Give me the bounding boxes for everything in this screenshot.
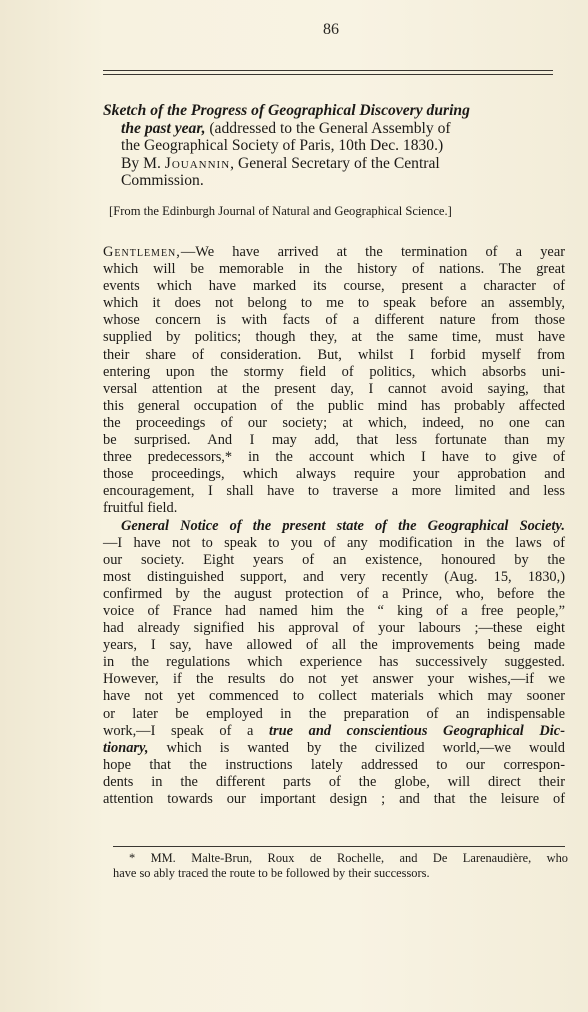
body-line: —I have not to speak to you of any modif… [103, 535, 565, 552]
body-line: supplied by politics; though they, at th… [103, 329, 565, 346]
footnote-line: * MM. Malte-Brun, Roux de Rochelle, and … [113, 851, 568, 866]
rule-line-top [103, 70, 553, 71]
body-line: fruitful field. [103, 500, 565, 517]
body-line: encouragement, I shall have to traverse … [103, 483, 565, 500]
footnote: * MM. Malte-Brun, Roux de Rochelle, and … [113, 851, 568, 881]
body-line: which it does not belong to me to speak … [103, 295, 565, 312]
body-line: However, if the results do not yet answe… [103, 671, 565, 688]
title-italic-1: Sketch of the Progress of Geographical D… [103, 102, 470, 119]
article-title: Sketch of the Progress of Geographical D… [103, 102, 565, 190]
source-note: [From the Edinburgh Journal of Natural a… [109, 204, 569, 219]
body-line: which will be memorable in the history o… [103, 261, 565, 278]
title-line-4: By M. Jouannin, General Secretary of the… [103, 155, 565, 173]
page-number: 86 [103, 21, 559, 39]
title-italic-2: the past year, [121, 120, 205, 137]
body-line: events which have marked its course, pre… [103, 278, 565, 295]
body-line: whose concern is with facts of a differe… [103, 312, 565, 329]
body-text-span: which is wanted by the civilized world,—… [148, 740, 565, 756]
body-line: most distinguished support, and very rec… [103, 569, 565, 586]
byline-prefix: By M. [121, 155, 165, 172]
article-body: Gentlemen,—We have arrived at the termin… [103, 244, 565, 808]
body-line: work,—I speak of a true and conscientiou… [103, 723, 565, 740]
author-name: Jouannin [165, 155, 230, 172]
emphasis-dictionary: true and conscientious Geographical Dic- [269, 723, 565, 739]
body-line: entering upon the stormy field of politi… [103, 364, 565, 381]
title-line-2: the past year, (addressed to the General… [103, 120, 565, 138]
body-line: their share of consideration. But, whils… [103, 347, 565, 364]
body-line: had already signified his approval of yo… [103, 620, 565, 637]
title-line-3: the Geographical Society of Paris, 10th … [103, 137, 565, 155]
footnote-rule [113, 846, 565, 847]
body-line: tionary, which is wanted by the civilize… [103, 740, 565, 757]
body-line: the proceedings of our society; at which… [103, 415, 565, 432]
title-line-1: Sketch of the Progress of Geographical D… [103, 102, 565, 120]
byline-suffix: , General Secretary of the Central [230, 155, 440, 172]
body-text-span: work,—I speak of a [103, 723, 269, 739]
body-text-span: —We have arrived at the termination of a… [181, 244, 565, 260]
salutation: Gentlemen, [103, 244, 181, 260]
body-line: hope that the instructions lately addres… [103, 757, 565, 774]
rule-line-bottom [103, 74, 553, 75]
body-line: or later be employed in the preparation … [103, 706, 565, 723]
body-line: have not yet commenced to collect materi… [103, 688, 565, 705]
title-rest-2: (addressed to the General Assembly of [205, 120, 450, 137]
body-line: Gentlemen,—We have arrived at the termin… [103, 244, 565, 261]
body-line: confirmed by the august protection of a … [103, 586, 565, 603]
body-line: dents in the different parts of the glob… [103, 774, 565, 791]
body-line: this general occupation of the public mi… [103, 398, 565, 415]
body-line: attention towards our important design ;… [103, 791, 565, 808]
body-line: voice of France had named him the “ king… [103, 603, 565, 620]
body-line: three predecessors,* in the account whic… [103, 449, 565, 466]
body-line: our society. Eight years of an existence… [103, 552, 565, 569]
body-line: versal attention at the present day, I c… [103, 381, 565, 398]
section-heading-line: General Notice of the present state of t… [103, 518, 565, 535]
body-line: years, I say, have allowed of all the im… [103, 637, 565, 654]
header-double-rule [103, 70, 553, 76]
footnote-line: have so ably traced the route to be foll… [113, 866, 568, 881]
section-heading: General Notice of the present state of t… [121, 518, 565, 534]
body-line: in the regulations which experience has … [103, 654, 565, 671]
title-line-5: Commission. [103, 172, 565, 190]
emphasis-tionary: tionary, [103, 740, 148, 756]
body-line: be surprised. And I may add, that less f… [103, 432, 565, 449]
body-line: those proceedings, which always require … [103, 466, 565, 483]
